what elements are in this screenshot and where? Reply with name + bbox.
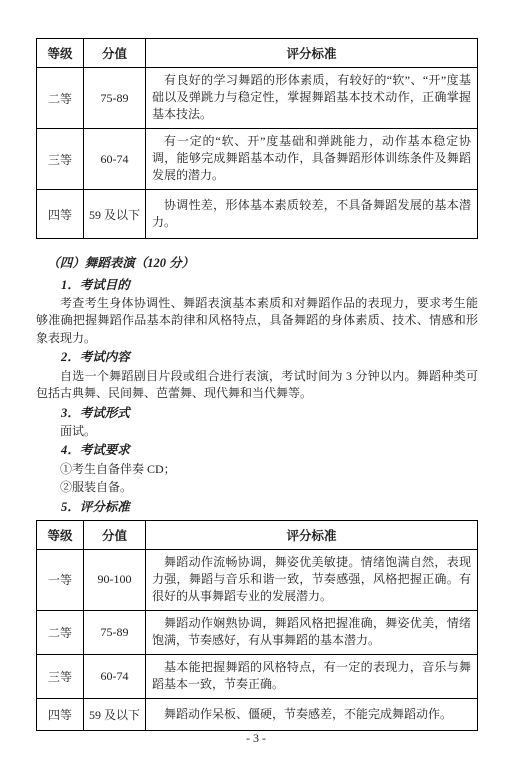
exam-requirement-item: ②服装自备。 [36, 479, 478, 497]
table-row: 三等 60-74 有一定的“软、开”度基础和弹跳能力，动作基本稳定协调，能够完成… [37, 129, 478, 190]
table-header-row: 等级 分值 评分标准 [37, 39, 478, 68]
score-table-performance: 等级 分值 评分标准 一等 90-100 舞蹈动作流畅协调，舞姿优美敏捷。情绪饱… [36, 520, 478, 731]
exam-requirement-item: ①考生自备伴奏 CD； [36, 461, 478, 479]
section-heading: （四）舞蹈表演（120 分） [36, 254, 478, 272]
score-cell: 75-89 [84, 610, 146, 654]
score-cell: 59 及以下 [84, 699, 146, 731]
page-number: - 3 - [0, 731, 512, 746]
grade-cell: 二等 [37, 610, 84, 654]
column-header-grade: 等级 [37, 520, 84, 549]
table-row: 三等 60-74 基本能把握舞蹈的风格特点，有一定的表现力，音乐与舞蹈基本一致，… [37, 655, 478, 699]
score-cell: 59 及以下 [84, 190, 146, 239]
score-cell: 60-74 [84, 655, 146, 699]
criteria-cell: 有良好的学习舞蹈的形体素质，有较好的“软”、“开”度基础以及弹跳力与稳定性，掌握… [146, 68, 478, 129]
grade-cell: 二等 [37, 68, 84, 129]
column-header-criteria: 评分标准 [146, 39, 478, 68]
score-cell: 75-89 [84, 68, 146, 129]
criteria-cell: 舞蹈动作流畅协调，舞姿优美敏捷。情绪饱满自然，表现力强，舞蹈与音乐和谐一致，节奏… [146, 549, 478, 610]
exam-requirements-heading: 4．考试要求 [36, 441, 478, 459]
table-row: 二等 75-89 舞蹈动作娴熟协调，舞蹈风格把握准确，舞姿优美，情绪饱满，节奏感… [37, 610, 478, 654]
score-table-basic-skills: 等级 分值 评分标准 二等 75-89 有良好的学习舞蹈的形体素质，有较好的“软… [36, 38, 478, 239]
criteria-cell: 基本能把握舞蹈的风格特点，有一定的表现力，音乐与舞蹈基本一致，节奏正确。 [146, 655, 478, 699]
column-header-grade: 等级 [37, 39, 84, 68]
table-row: 一等 90-100 舞蹈动作流畅协调，舞姿优美敏捷。情绪饱满自然，表现力强，舞蹈… [37, 549, 478, 610]
exam-purpose-heading: 1．考试目的 [36, 276, 478, 294]
grade-cell: 四等 [37, 699, 84, 731]
criteria-cell: 舞蹈动作娴熟协调，舞蹈风格把握准确，舞姿优美，情绪饱满，节奏感好，有从事舞蹈的基… [146, 610, 478, 654]
table-header-row: 等级 分值 评分标准 [37, 520, 478, 549]
score-cell: 60-74 [84, 129, 146, 190]
exam-form-text: 面试。 [36, 423, 478, 441]
exam-content-heading: 2．考试内容 [36, 348, 478, 366]
criteria-cell: 舞蹈动作呆板、僵硬，节奏感差，不能完成舞蹈动作。 [146, 699, 478, 731]
scoring-heading: 5．评分标准 [36, 498, 478, 516]
criteria-cell: 协调性差，形体基本素质较差，不具备舞蹈发展的基本潜力。 [146, 190, 478, 239]
section-dance-performance: （四）舞蹈表演（120 分） 1．考试目的 考查考生身体协调性、舞蹈表演基本素质… [36, 254, 478, 516]
column-header-score: 分值 [84, 39, 146, 68]
exam-form-heading: 3．考试形式 [36, 404, 478, 422]
table-row: 四等 59 及以下 舞蹈动作呆板、僵硬，节奏感差，不能完成舞蹈动作。 [37, 699, 478, 731]
document-page: 等级 分值 评分标准 二等 75-89 有良好的学习舞蹈的形体素质，有较好的“软… [0, 0, 512, 731]
table-row: 四等 59 及以下 协调性差，形体基本素质较差，不具备舞蹈发展的基本潜力。 [37, 190, 478, 239]
grade-cell: 三等 [37, 129, 84, 190]
grade-cell: 三等 [37, 655, 84, 699]
exam-content-text: 自选一个舞蹈剧目片段或组合进行表演，考试时间为 3 分钟以内。舞蹈种类可包括古典… [36, 368, 478, 403]
grade-cell: 四等 [37, 190, 84, 239]
score-cell: 90-100 [84, 549, 146, 610]
column-header-score: 分值 [84, 520, 146, 549]
column-header-criteria: 评分标准 [146, 520, 478, 549]
exam-purpose-text: 考查考生身体协调性、舞蹈表演基本素质和对舞蹈作品的表现力，要求考生能够准确把握舞… [36, 295, 478, 348]
grade-cell: 一等 [37, 549, 84, 610]
criteria-cell: 有一定的“软、开”度基础和弹跳能力，动作基本稳定协调，能够完成舞蹈基本动作，具备… [146, 129, 478, 190]
table-row: 二等 75-89 有良好的学习舞蹈的形体素质，有较好的“软”、“开”度基础以及弹… [37, 68, 478, 129]
